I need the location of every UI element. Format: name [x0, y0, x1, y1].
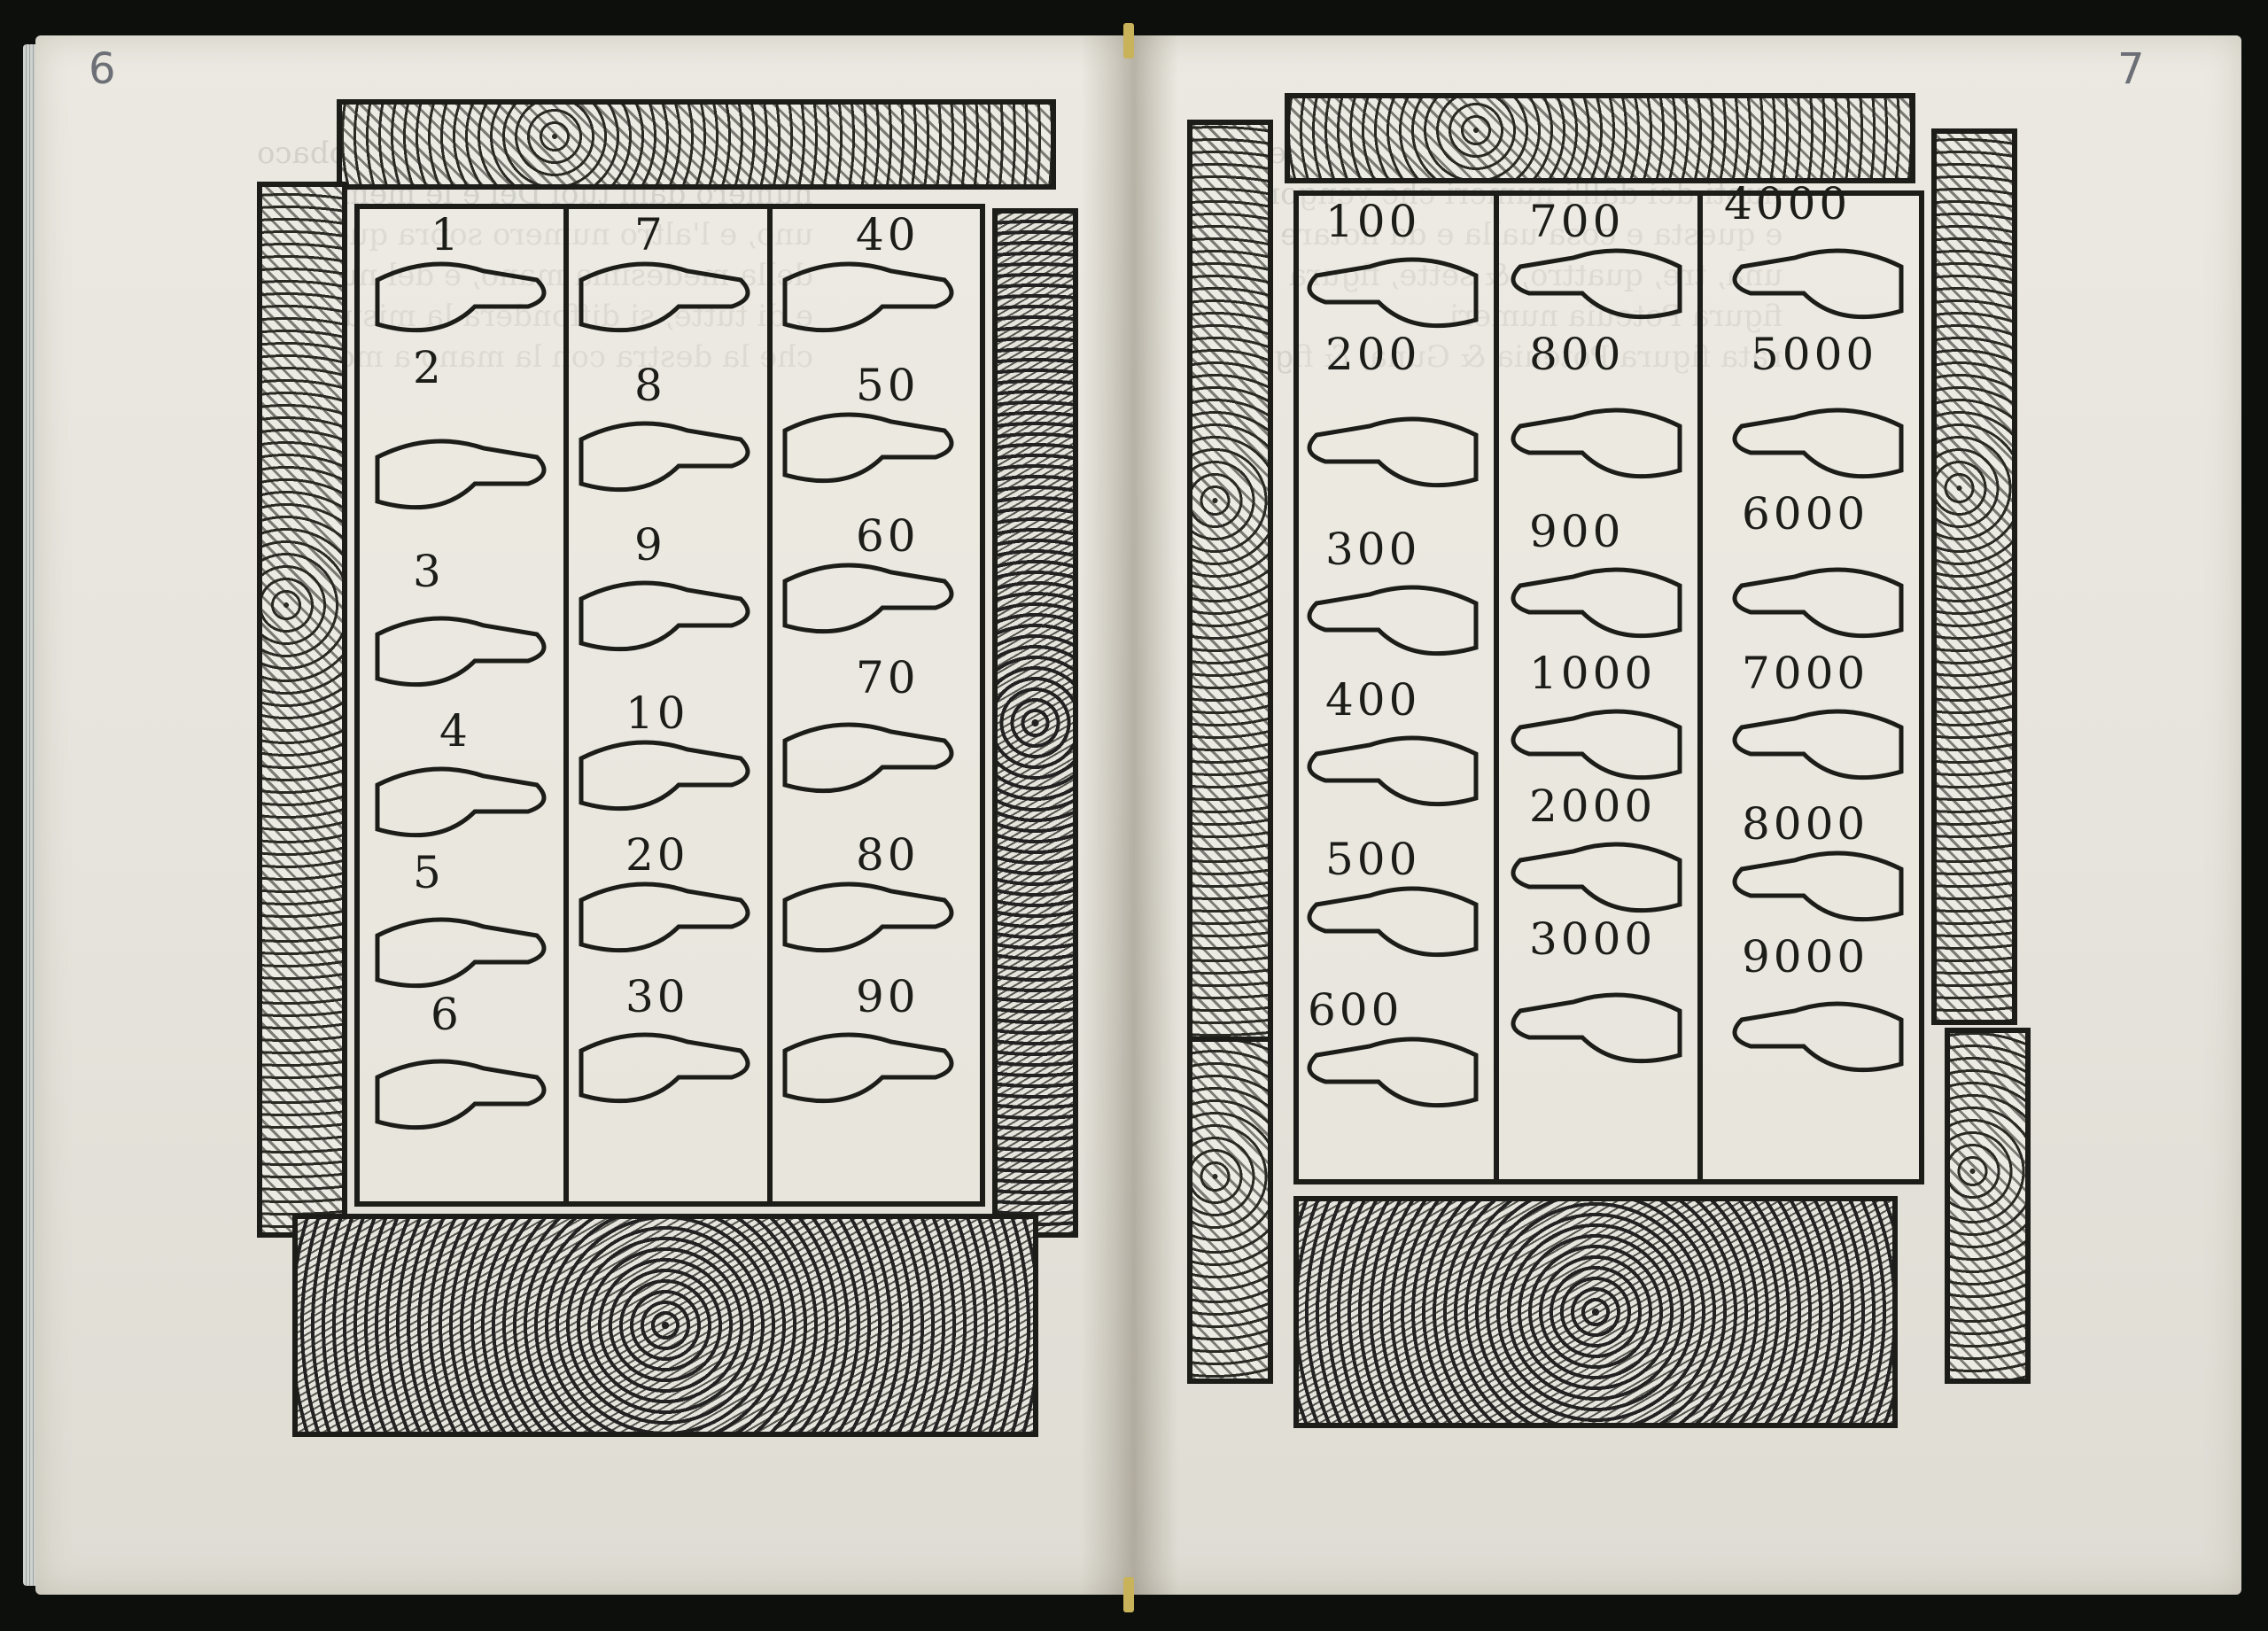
folio-number: 6 [89, 44, 116, 94]
left-page: 6 onda si ritrouera la figura di Abbaco … [35, 35, 1134, 1595]
left-ornament-lower [1187, 1037, 1273, 1384]
folio-number: 7 [2117, 44, 2145, 94]
bookmark-ribbon [1123, 1577, 1134, 1612]
left-ornament-column [1187, 120, 1273, 1069]
right-ornament-lower [1945, 1028, 2031, 1384]
right-page: 7 mano Poteuia, notiticie gnamente nuoti… [1134, 35, 2241, 1595]
open-book: 6 onda si ritrouera la figura di Abbaco … [35, 35, 2241, 1595]
bottom-ornament-woodcut [1293, 1196, 1898, 1428]
hand-gesture-icons [1299, 196, 1919, 1179]
top-ornament-band [337, 99, 1056, 190]
hand-gesture-icons [360, 209, 980, 1201]
right-ornament-column [1931, 128, 2017, 1025]
right-ornament-column [992, 208, 1078, 1238]
bottom-ornament-woodcut [292, 1214, 1038, 1437]
numbers-table-100-9000: 100 200 300 400 500 600 700 800 900 1000… [1293, 190, 1924, 1184]
left-ornament-column [257, 182, 347, 1238]
top-ornament-band [1285, 93, 1915, 183]
numbers-table-1-90: 1 2 3 4 5 6 7 8 9 10 20 30 40 50 60 70 8… [354, 204, 985, 1207]
bookmark-ribbon [1123, 23, 1134, 58]
